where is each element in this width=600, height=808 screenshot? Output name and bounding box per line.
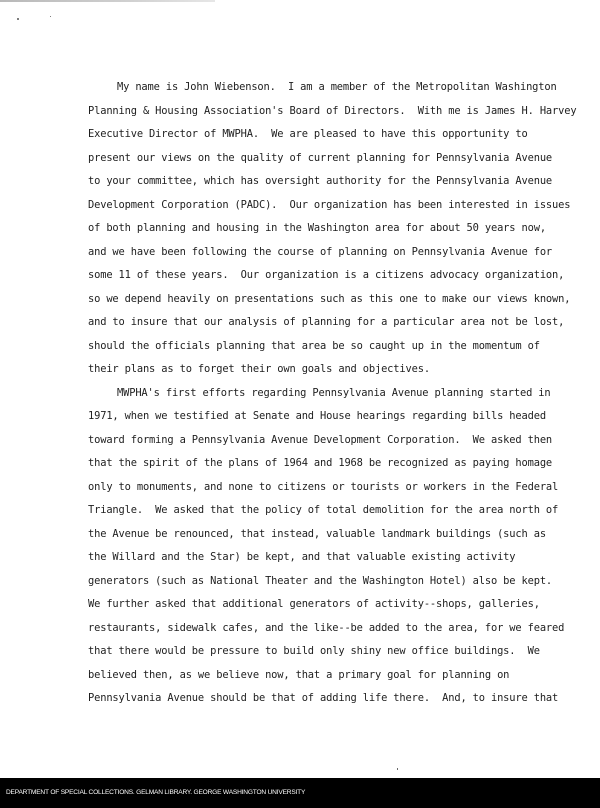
text-line: their plans as to forget their own goals… <box>88 358 568 382</box>
archive-credit-text: DEPARTMENT OF SPECIAL COLLECTIONS. GELMA… <box>6 789 305 796</box>
text-line: generators (such as National Theater and… <box>88 570 568 594</box>
typed-testimony-page: My name is John Wiebenson. I am a member… <box>88 76 568 711</box>
text-line: of both planning and housing in the Wash… <box>88 217 568 241</box>
text-line: only to monuments, and none to citizens … <box>88 476 568 500</box>
text-line: Triangle. We asked that the policy of to… <box>88 499 568 523</box>
text-line: the Avenue be renounced, that instead, v… <box>88 523 568 547</box>
text-line: restaurants, sidewalk cafes, and the lik… <box>88 617 568 641</box>
text-line: should the officials planning that area … <box>88 335 568 359</box>
text-line: some 11 of these years. Our organization… <box>88 264 568 288</box>
paragraph-2: MWPHA's first efforts regarding Pennsylv… <box>88 382 568 711</box>
text-line: We further asked that additional generat… <box>88 593 568 617</box>
text-line: that the spirit of the plans of 1964 and… <box>88 452 568 476</box>
text-line: to your committee, which has oversight a… <box>88 170 568 194</box>
text-line: Executive Director of MWPHA. We are plea… <box>88 123 568 147</box>
text-line: My name is John Wiebenson. I am a member… <box>88 76 568 100</box>
text-line: and we have been following the course of… <box>88 241 568 265</box>
text-line: Planning & Housing Association's Board o… <box>88 100 568 124</box>
text-line: 1971, when we testified at Senate and Ho… <box>88 405 568 429</box>
archive-credit-banner: DEPARTMENT OF SPECIAL COLLECTIONS. GELMA… <box>0 778 600 808</box>
text-line: toward forming a Pennsylvania Avenue Dev… <box>88 429 568 453</box>
scan-speck <box>17 18 19 20</box>
text-line: Pennsylvania Avenue should be that of ad… <box>88 687 568 711</box>
scan-speck <box>50 16 51 17</box>
text-line: MWPHA's first efforts regarding Pennsylv… <box>88 382 568 406</box>
text-line: believed then, as we believe now, that a… <box>88 664 568 688</box>
text-line: Development Corporation (PADC). Our orga… <box>88 194 568 218</box>
scan-edge-artifact <box>0 0 215 2</box>
text-line: and to insure that our analysis of plann… <box>88 311 568 335</box>
text-line: that there would be pressure to build on… <box>88 640 568 664</box>
text-line: the Willard and the Star) be kept, and t… <box>88 546 568 570</box>
paragraph-1: My name is John Wiebenson. I am a member… <box>88 76 568 382</box>
text-line: present our views on the quality of curr… <box>88 147 568 171</box>
scan-speck <box>397 768 398 770</box>
text-line: so we depend heavily on presentations su… <box>88 288 568 312</box>
